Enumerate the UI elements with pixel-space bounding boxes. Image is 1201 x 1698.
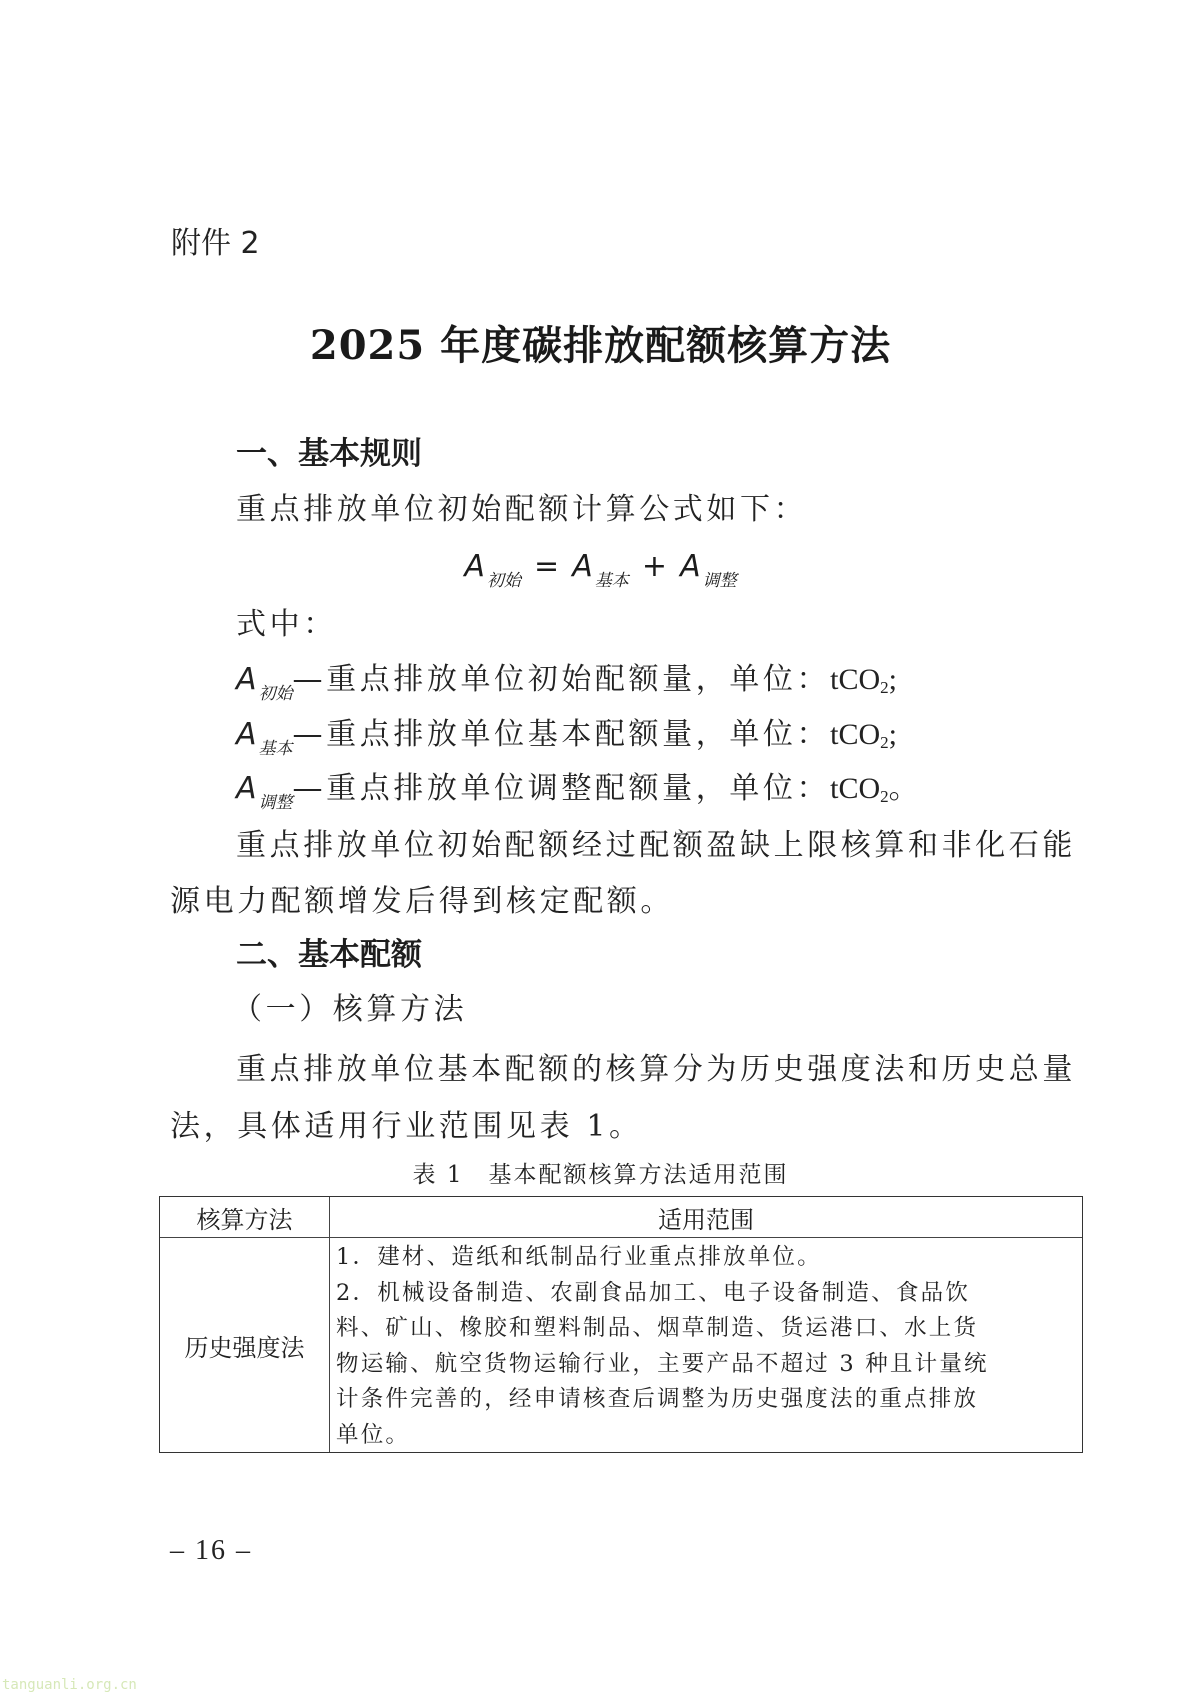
watermark: tanguanli.org.cn	[2, 1676, 137, 1694]
paragraph-line: 源电力配额增发后得到核定配额。	[170, 882, 674, 922]
header-method: 核算方法	[160, 1197, 329, 1237]
equals-sign: =	[534, 549, 559, 584]
paragraph-line: 法，具体适用行业范围见表 1。	[170, 1107, 643, 1147]
method-scope-table: 核算方法 适用范围 历史强度法 1．建材、造纸和纸制品行业重点排放单位。 2．机…	[159, 1196, 1083, 1453]
definition-basic: A基本—重点排放单位基本配额量，单位：tCO2;	[236, 715, 897, 769]
scope-line: 1．建材、造纸和纸制品行业重点排放单位。	[336, 1240, 1076, 1276]
section-heading-basic-rules: 一、基本规则	[236, 434, 422, 474]
scope-line: 计条件完善的，经申请核查后调整为历史强度法的重点排放	[336, 1382, 1076, 1418]
cell-method: 历史强度法	[160, 1238, 329, 1452]
page-number: – 16 –	[170, 1533, 252, 1569]
scope-line: 料、矿山、橡胶和塑料制品、烟草制造、货运港口、水上货	[336, 1311, 1076, 1347]
section-heading-basic-allocation: 二、基本配额	[236, 935, 422, 975]
definition-adjust: A调整—重点排放单位调整配额量，单位：tCO2。	[236, 769, 919, 823]
cell-scope: 1．建材、造纸和纸制品行业重点排放单位。 2．机械设备制造、农副食品加工、电子设…	[336, 1240, 1076, 1452]
scope-line: 2．机械设备制造、农副食品加工、电子设备制造、食品饮	[336, 1276, 1076, 1312]
document-title: 2025 年度碳排放配额核算方法	[0, 318, 1201, 374]
scope-line: 单位。	[336, 1418, 1076, 1454]
subheading-method: （一）核算方法	[232, 990, 467, 1030]
paragraph-line: 重点排放单位初始配额经过配额盈缺上限核算和非化石能	[236, 826, 1076, 866]
where-label: 式中：	[236, 605, 337, 645]
scope-line: 物运输、航空货物运输行业，主要产品不超过 3 种且计量统	[336, 1347, 1076, 1383]
formula-lhs: A初始	[464, 549, 521, 584]
paragraph-line: 重点排放单位基本配额的核算分为历史强度法和历史总量	[236, 1050, 1076, 1090]
table-caption: 表 1 基本配额核算方法适用范围	[0, 1158, 1201, 1192]
definition-initial: A初始—重点排放单位初始配额量，单位：tCO2;	[236, 660, 897, 714]
formula-intro: 重点排放单位初始配额计算公式如下：	[236, 490, 807, 530]
attachment-label: 附件 2	[171, 224, 260, 264]
formula-term-adjust: A调整	[680, 549, 737, 584]
plus-sign: +	[642, 549, 667, 584]
formula-term-basic: A基本	[572, 549, 629, 584]
allocation-formula: A初始 = A基本 + A调整	[0, 545, 1201, 603]
header-scope: 适用范围	[330, 1197, 1082, 1237]
